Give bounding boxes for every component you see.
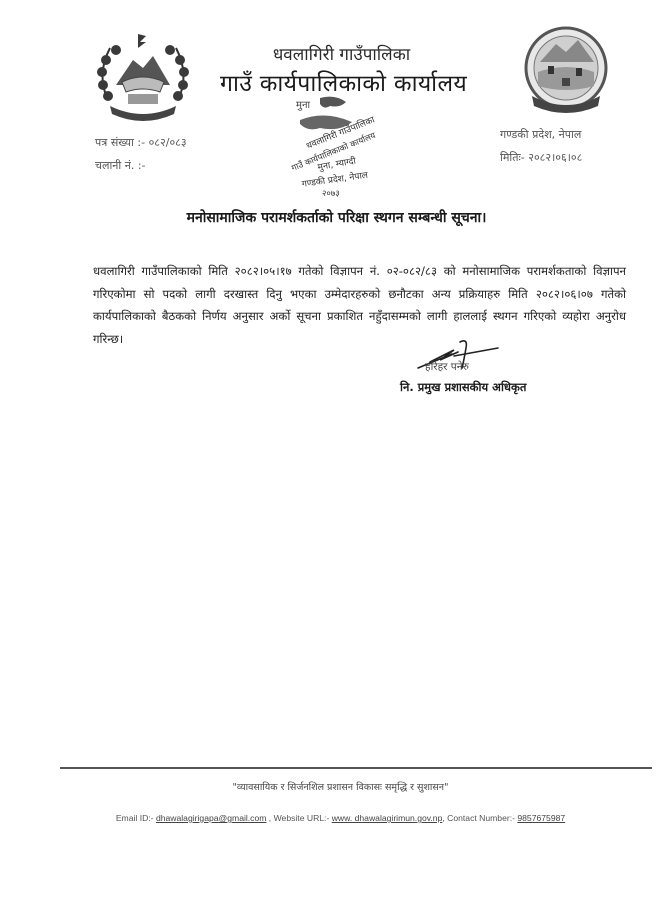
letter-date: मितिः- २०८२।०६।०८	[500, 150, 582, 165]
contact-number-link[interactable]: 9857675987	[517, 813, 565, 823]
municipality-logo-icon	[518, 22, 614, 118]
signer-name: हरिहर पनेरु	[425, 360, 469, 374]
office-seal-stamp: मुना धवलागिरी गाउँपालिका गाउँ कार्यपालिक…	[280, 92, 380, 202]
contact-label: , Contact Number:-	[442, 813, 517, 823]
email-link[interactable]: dhawalagirigapa@gmail.com	[156, 813, 266, 823]
footer-contact: Email ID:- dhawalagirigapa@gmail.com , W…	[0, 813, 661, 823]
province: गण्डकी प्रदेश, नेपाल	[500, 127, 581, 142]
email-label: Email ID:-	[116, 813, 156, 823]
footer-slogan: "व्यावसायिक र सिर्जनशिल प्रशासन विकासः स…	[0, 780, 661, 793]
reference-number: पत्र संख्या :- ०८२/०८३	[95, 135, 187, 150]
notice-body: धवलागिरी गाउँपालिकाको मिति २०८२।०५।१७ गत…	[93, 260, 626, 350]
website-link[interactable]: www. dhawalagirimun.gov.np	[332, 813, 443, 823]
notice-subject: मनोसामाजिक परामर्शकर्ताको परिक्षा स्थगन …	[0, 208, 661, 227]
signer-title: नि. प्रमुख प्रशासकीय अधिकृत	[400, 380, 526, 395]
svg-text:गण्डकी प्रदेश, नेपाल: गण्डकी प्रदेश, नेपाल	[301, 169, 369, 190]
svg-text:२०७३: २०७३	[322, 189, 340, 199]
svg-text:मुना: मुना	[296, 100, 311, 111]
website-label: , Website URL:-	[266, 813, 331, 823]
footer-divider	[60, 767, 652, 769]
dispatch-number: चलानी नं. :-	[95, 158, 146, 173]
